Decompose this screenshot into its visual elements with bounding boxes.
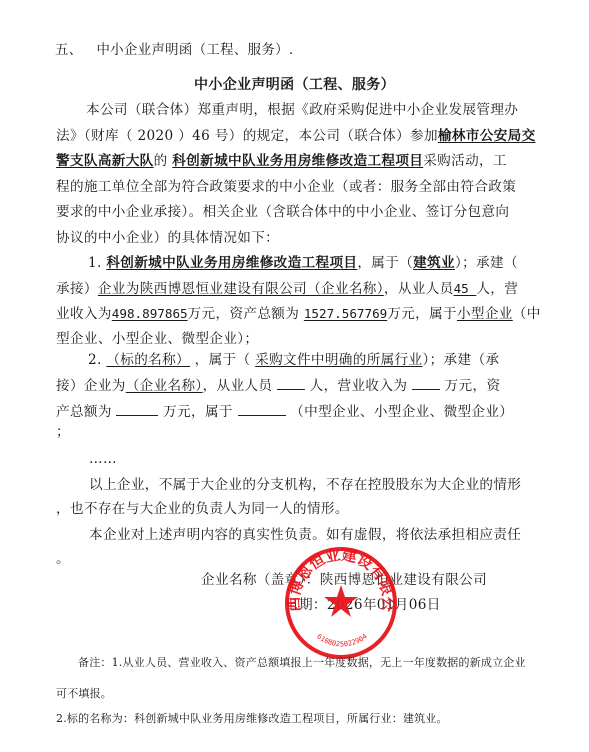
intro-text: 法》（财库（ 2020 ）46 号）的规定，本公司（联合体）参加 [56, 128, 438, 144]
item1-text: 企业为 [98, 281, 140, 297]
item2-text: 万元，资 [440, 378, 500, 394]
item2-industry-placeholder: 采购文件中明确的所属行业 [255, 352, 422, 368]
item1-project: 科创新城中队业务用房维修改造工程项目 [106, 255, 357, 271]
item2-line-2: 接）企业为（企业名称），从业人员 人，营业收入为 万元，资 [56, 376, 500, 395]
item1-company: 陕西博恩恒业建设有限公司（企业名称） [140, 281, 384, 297]
item2-line-1: 2. （标的名称） ，属于（ 采购文件中明确的所属行业）；承建（承 [88, 351, 499, 369]
section-number: 五、 [55, 43, 82, 58]
company-seal-icon: 陕西博恩恒业建设有限公司 6108025022904 [283, 545, 399, 661]
item1-line-3: 业收入为498.897865万元，资产总额为 1527.567769万元，属于小… [56, 305, 541, 323]
seal-code: 6108025022904 [315, 632, 368, 648]
declaration-line-4: 。 [56, 550, 70, 568]
intro-line-4: 程的施工单位全部为符合政策要求的中小企业（或者：服务全部由符合政策 [56, 178, 516, 196]
item1-text: ，从业人员 [384, 281, 454, 297]
item1-text: 业收入为 [56, 306, 112, 322]
item2-number: 2. [88, 352, 106, 368]
item2-text: ，属于（ [190, 352, 255, 368]
intro-line-6: 协议的中小企业）的具体情况如下： [56, 229, 279, 247]
item2-company-placeholder: （企业名称） [126, 378, 203, 394]
purchaser-name-part2: 警支队高新大队 [56, 153, 154, 169]
item2-text: 产总额为 [56, 404, 116, 420]
item1-line-4: 型企业、小型企业、微型企业）； [56, 330, 258, 348]
item2-assets-blank [116, 402, 158, 416]
item2-text: 万元，属于 [158, 404, 237, 420]
item1-line-1: 1. 科创新城中队业务用房维修改造工程项目，属于（建筑业）；承建（ [88, 254, 518, 272]
item1-text: 承接） [56, 281, 98, 297]
item2-line-3: 产总额为 万元，属于 （中型企业、小型企业、微型企业） [56, 402, 513, 421]
section-heading: 五、中小企业声明函（工程、服务）. [55, 42, 293, 60]
item2-line-4: ； [56, 423, 70, 441]
item2-revenue-blank [412, 376, 440, 390]
item2-text: 人，营业收入为 [305, 378, 412, 394]
item1-text: 人，营 [476, 281, 518, 297]
item2-text: 接）企业为 [56, 378, 126, 394]
item2-text: （中型企业、小型企业、微型企业） [286, 404, 514, 420]
item2-text: ，从业人员 [203, 378, 277, 394]
item1-text: 万元，属于 [387, 306, 457, 322]
intro-line-5: 要求的中小企业承接）。相关企业（含联合体中的中小企业、签订分包意向 [56, 203, 509, 221]
note-2: 2.标的名称为：科创新城中队业务用房维修改造工程项目，所属行业：建筑业。 [56, 710, 448, 728]
item1-text: ，属于（ [357, 255, 413, 271]
item1-text: （中 [513, 306, 541, 322]
intro-line-2: 法》（财库（ 2020 ）46 号）的规定，本公司（联合体）参加榆林市公安局交 [56, 127, 536, 145]
item1-number: 1. [88, 255, 106, 271]
intro-text: 采购活动，工 [423, 153, 507, 169]
project-name: 科创新城中队业务用房维修改造工程项目 [172, 153, 423, 169]
ellipsis: …… [89, 450, 117, 468]
declaration-line-2: ，也不存在与大企业的负责人为同一人的情形。 [56, 500, 349, 518]
item2-name-placeholder: （标的名称） [106, 352, 190, 368]
note-1-line-1: 备注：1.从业人员、营业收入、资产总额填报上一年度数据，无上一年度数据的新成立企… [78, 654, 526, 672]
item1-line-2: 承接）企业为陕西博恩恒业建设有限公司（企业名称），从业人员45 人，营 [56, 280, 518, 298]
document-page: 五、中小企业声明函（工程、服务）. 中小企业声明函（工程、服务） 本公司（联合体… [0, 0, 589, 752]
intro-line-3: 警支队高新大队的 科创新城中队业务用房维修改造工程项目采购活动，工 [56, 152, 507, 170]
item1-industry: 建筑业 [413, 255, 455, 271]
item2-employees-blank [277, 376, 305, 390]
item1-revenue: 498.897865 [112, 306, 188, 321]
declaration-line-1: 以上企业，不属于大企业的分支机构，不存在控股股东为大企业的情形 [89, 476, 521, 494]
intro-text: 的 [154, 153, 173, 169]
item1-text: ）；承建（ [455, 255, 518, 271]
declaration-line-3: 本企业对上述声明内容的真实性负责。如有虚假，将依法承担相应责任 [89, 526, 521, 544]
item1-text: 万元，资产总额为 [188, 306, 304, 322]
item2-size-blank [238, 402, 286, 416]
svg-text:6108025022904: 6108025022904 [315, 632, 368, 648]
page-title: 中小企业声明函（工程、服务） [0, 76, 589, 94]
purchaser-name-part1: 榆林市公安局交 [438, 128, 536, 144]
intro-line-1: 本公司（联合体）郑重声明，根据《政府采购促进中小企业发展管理办 [86, 101, 518, 119]
note-1-line-2: 可不填报。 [56, 685, 112, 703]
section-heading-text: 中小企业声明函（工程、服务）. [96, 43, 293, 58]
item1-size: 小型企业 [457, 306, 513, 322]
item2-text: ）；承建（承 [422, 352, 499, 368]
item1-employees: 45 [454, 281, 477, 296]
item1-assets: 1527.567769 [304, 306, 387, 321]
